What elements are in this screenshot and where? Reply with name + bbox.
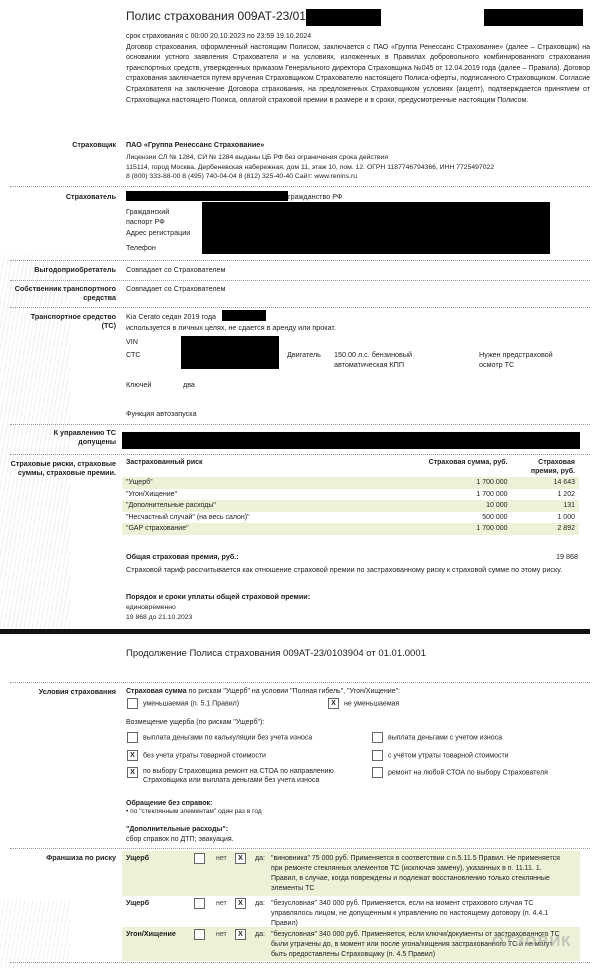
divider [10,962,590,963]
cell-risk: "Ущерб" [122,477,425,489]
cell-premium: 131 [512,500,579,512]
divider [10,454,590,455]
insurer-contacts: 8 (800) 333-88-00 8 (495) 740-04-04 8 (8… [126,172,596,182]
damage-title: Возмещение ущерба (по рискам "Ущерб"): [126,718,264,727]
conditions-label: Условия страхования [0,687,116,696]
col-sum: Страховая сумма, руб. [425,457,512,477]
cell-risk: "Несчастный случай" (на весь салон)" [122,512,425,524]
sum-rest: по рискам "Ущерб" на условии "Полная гиб… [187,688,400,695]
divider [10,307,590,308]
extra-value: сбор справок по ДТП; эвакуация. [126,835,234,844]
deductible-risk: Ущерб [126,898,149,907]
redaction [126,191,288,201]
cell-risk: "Угон/Хищение" [122,489,425,501]
keys-value: два [183,380,195,389]
intro-text: Договор страхования, оформленный настоящ… [126,43,590,107]
yes-label: да: [255,854,265,863]
checkbox[interactable]: X [127,750,138,761]
insurer-details: Лицензии СЛ № 1284, СИ № 1284 выданы ЦБ … [126,153,596,182]
risks-table-header: Застрахованный риск Страховая сумма, руб… [122,457,579,477]
redaction [202,202,550,254]
col-risk: Застрахованный риск [122,457,425,477]
cell-premium: 1 000 [512,512,579,524]
damage-option[interactable]: ремонт на любой СТОА по выбору Страховат… [372,767,548,778]
cell-risk: "GAP страхование" [122,523,425,535]
checkbox-no[interactable] [194,929,205,940]
checkbox-yes[interactable]: X [235,898,246,909]
no-label: нет [216,899,227,908]
continuation-title: Продолжение Полиса страхования 009АТ-23/… [126,647,426,660]
checkbox-yes[interactable]: X [235,929,246,940]
option-label: с учётом утраты товарной стоимости [388,752,509,759]
insurer-address: 115114, город Москва, Дербеневская набер… [126,163,596,173]
checkbox[interactable] [127,732,138,743]
autostart-label: Функция автозапуска [126,409,197,418]
sum-heading: Страховая сумма по рискам "Ущерб" на усл… [126,687,400,696]
keys-label: Ключей [126,380,151,389]
vehicle-usage: используется в личных целях, не сдается … [126,323,336,332]
payment-mode: единовременно [126,604,176,613]
option-non-reducible[interactable]: Xне уменьшаемая [328,698,399,709]
deductible-risk: Ущерб [126,853,149,862]
phone-label: Телефон [126,243,156,252]
total-premium-label: Общая страховая премия, руб.: [126,552,239,561]
payment-label: Порядок и сроки уплаты общей страховой п… [126,592,310,601]
checkbox-yes[interactable]: X [235,853,246,864]
vin-label: VIN [126,337,138,346]
policy-period: срок страхования с 00:00 20.10.2023 по 2… [126,32,590,43]
damage-option[interactable]: выплата деньгами по калькуляции без учет… [127,732,312,743]
checkbox[interactable] [372,732,383,743]
cell-sum: 1 700 000 [425,477,512,489]
divider [10,682,590,683]
checkbox[interactable] [372,750,383,761]
policyholder-label: Страхователь [0,192,116,201]
deductible-label: Франшиза по риску [0,853,116,862]
yes-label: да: [255,930,265,939]
divider [10,186,590,187]
table-row: "Дополнительные расходы"10 000131 [122,500,579,512]
no-docs-value: • по "стеклянным элементам" один раз в г… [126,808,262,817]
checkbox-no[interactable] [194,898,205,909]
damage-option[interactable]: Xпо выбору Страховщика ремонт на СТОА по… [127,767,357,785]
engine-value: 150.00 л.с. бензиновый автоматическая КП… [334,350,429,370]
cell-premium: 1 202 [512,489,579,501]
risks-table: Застрахованный риск Страховая сумма, руб… [122,457,579,535]
redaction [306,9,381,26]
watermark-logo: ОТЗОВИК [492,932,571,952]
insurer-label: Страховщик [0,140,116,149]
divider [10,424,590,425]
option-label: по выбору Страховщика ремонт на СТОА по … [143,767,357,785]
redaction [222,310,266,321]
address-label: Адрес регистрации [126,228,190,237]
option-label: без учета утраты товарной стоимости [143,752,266,759]
beneficiary-value: Совпадает со Страхователем [126,265,225,274]
page-separator [0,629,590,634]
table-row: "Ущерб"1 700 00014 643 [122,477,579,489]
policy-intro: срок страхования с 00:00 20.10.2023 по 2… [126,32,590,106]
vehicle-label: Транспортное средство (ТС) [16,312,116,330]
owner-label: Собственник транспортного средства [6,284,116,302]
insurer-name: ПАО «Группа Ренессанс Страхование» [126,140,264,149]
tariff-note: Страховой тариф рассчитывается как отнош… [126,565,581,575]
cell-sum: 1 700 000 [425,523,512,535]
damage-option[interactable]: с учётом утраты товарной стоимости [372,750,509,761]
checkbox[interactable] [127,698,138,709]
sum-bold: Страховая сумма [126,688,187,695]
deductible-row: УщербнетXда:"виновника" 75 000 руб. Прим… [122,851,580,896]
extra-title: "Дополнительные расходы": [126,825,228,834]
sts-label: СТС [126,350,141,359]
divider [10,260,590,261]
damage-option[interactable]: Xбез учета утраты товарной стоимости [127,750,266,761]
option-label: ремонт на любой СТОА по выбору Страховат… [388,769,548,776]
insurer-license: Лицензии СЛ № 1284, СИ № 1284 выданы ЦБ … [126,153,596,163]
payment-schedule: 19 868 до 21.10.2023 [126,614,192,623]
redaction [181,336,279,369]
divider [10,848,590,849]
citizenship: гражданство РФ [288,192,342,201]
guilloche-pattern [0,900,70,968]
deductible-text: "виновника" 75 000 руб. Применяется в со… [271,854,561,894]
engine-label: Двигатель [287,350,321,359]
cell-sum: 10 000 [425,500,512,512]
checkbox[interactable]: X [127,767,138,778]
divider [10,280,590,281]
option-label: выплата деньгами с учетом износа [388,734,502,741]
no-label: нет [216,854,227,863]
passport-label: Гражданский паспорт РФ [126,207,196,226]
table-row: "Несчастный случай" (на весь салон)"500 … [122,512,579,524]
cell-risk: "Дополнительные расходы" [122,500,425,512]
checkbox-no[interactable] [194,853,205,864]
owner-value: Совпадает со Страхователем [126,284,225,293]
total-premium-value: 19 868 [556,552,578,561]
cell-premium: 14 643 [512,477,579,489]
checkbox[interactable] [372,767,383,778]
cell-sum: 1 700 000 [425,489,512,501]
risks-label: Страховые риски, страховые суммы, страхо… [6,459,116,477]
col-premium: Страховая премия, руб. [512,457,579,477]
no-docs-title: Обращение без справок: [126,799,212,808]
option-reducible[interactable]: уменьшаемая (п. 5.1 Правил) [127,698,239,709]
deductible-risk: Угон/Хищение [126,929,176,938]
cell-sum: 500 000 [425,512,512,524]
no-label: нет [216,930,227,939]
checkbox[interactable]: X [328,698,339,709]
beneficiary-label: Выгодоприобретатель [0,265,116,274]
option-label: не уменьшаемая [344,700,399,707]
redaction [484,9,583,26]
drivers-label: К управлению ТС допущены [16,428,116,446]
redaction [122,432,580,449]
vehicle-model: Kia Cerato седан 2019 года [126,312,216,321]
yes-label: да: [255,899,265,908]
option-label: уменьшаемая (п. 5.1 Правил) [143,700,239,707]
table-row: "GAP страхование"1 700 0002 892 [122,523,579,535]
deductible-row: УщербнетXда:"безусловная" 340 000 руб. П… [122,896,580,927]
cell-premium: 2 892 [512,523,579,535]
option-label: выплата деньгами по калькуляции без учет… [143,734,312,741]
table-row: "Угон/Хищение"1 700 0001 202 [122,489,579,501]
deductible-text: "безусловная" 340 000 руб. Применяется, … [271,899,561,929]
inspection-note: Нужен предстраховой осмотр ТС [479,350,569,370]
damage-option[interactable]: выплата деньгами с учетом износа [372,732,502,743]
